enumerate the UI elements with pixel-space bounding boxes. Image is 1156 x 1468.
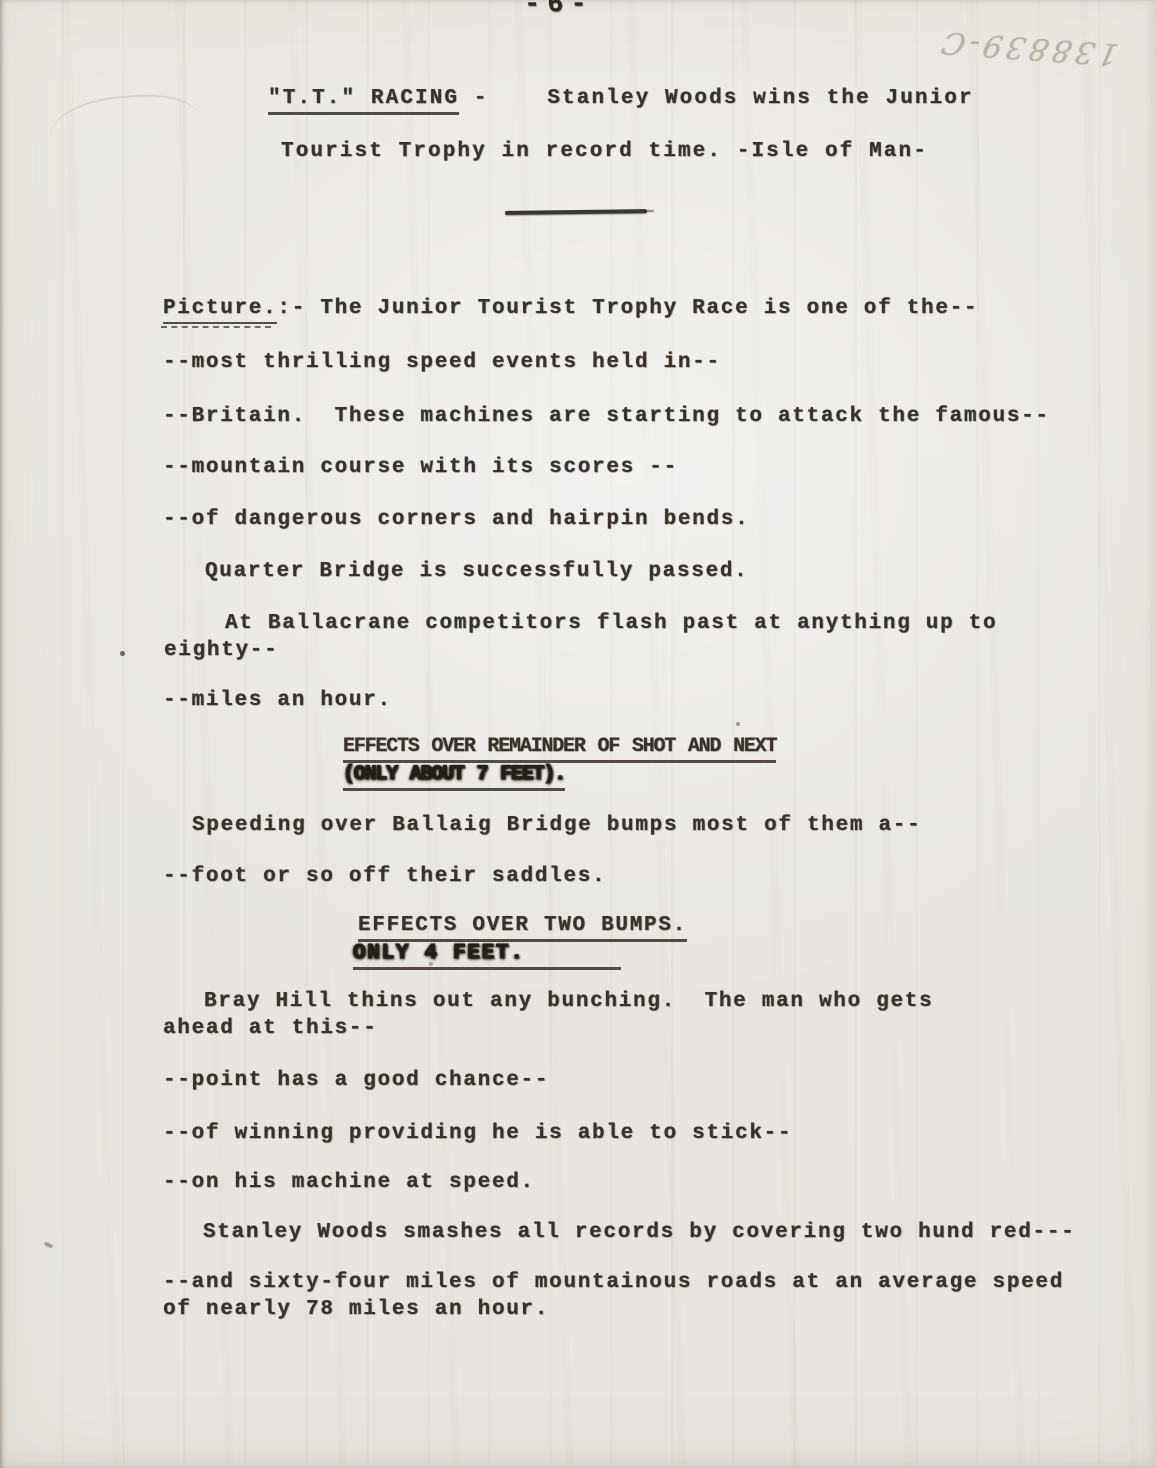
paper-speck xyxy=(429,962,433,966)
paper-crease xyxy=(47,91,200,143)
script-line-picture: Picture.:- The Junior Tourist Trophy Rac… xyxy=(163,298,978,319)
script-line-hairpin-bends: --of dangerous corners and hairpin bends… xyxy=(163,509,749,530)
picture-text: :- The Junior Tourist Trophy Race is one… xyxy=(277,297,978,320)
script-line-machine-speed: --on his machine at speed. xyxy=(163,1172,535,1193)
script-line-britain: --Britain. These machines are starting t… xyxy=(163,406,1050,427)
page-number: -6- xyxy=(524,0,594,20)
script-line-mountain-course: --mountain course with its scores -- xyxy=(163,457,678,478)
script-line-sixty-four-2: of nearly 78 miles an hour. xyxy=(163,1299,549,1320)
script-line-stanley-records: Stanley Woods smashes all records by cov… xyxy=(203,1222,1075,1243)
title-line-2: Tourist Trophy in record time. -Isle of … xyxy=(281,141,928,162)
effects-note-1-line-1: EFFECTS OVER REMAINDER OF SHOT AND NEXT xyxy=(343,737,776,757)
script-line-most-thrilling: --most thrilling speed events held in-- xyxy=(163,352,721,373)
effects-note-2-line-2-text: ONLY 4 FEET. xyxy=(353,942,621,970)
script-line-bray-hill-2: ahead at this-- xyxy=(163,1018,378,1039)
script-line-sixty-four-1: --and sixty-four miles of mountainous ro… xyxy=(163,1272,1064,1293)
typewritten-script-page: -6- 138839-C "T.T." RACING - Stanley Woo… xyxy=(0,0,1156,1468)
script-line-quarter-bridge: Quarter Bridge is successfully passed. xyxy=(205,561,748,582)
paper-speck xyxy=(120,651,125,656)
effects-note-2-line-1: EFFECTS OVER TWO BUMPS. xyxy=(358,915,687,936)
divider-line xyxy=(505,209,647,215)
effects-note-1-line-1-text: EFFECTS OVER REMAINDER OF SHOT AND NEXT xyxy=(343,735,776,763)
script-line-bray-hill-1: Bray Hill thins out any bunching. The ma… xyxy=(204,991,933,1012)
script-line-ballacrane-2: eighty-- xyxy=(164,640,278,661)
effects-note-2-line-1-text: EFFECTS OVER TWO BUMPS. xyxy=(358,914,687,942)
script-line-speeding: Speeding over Ballaig Bridge bumps most … xyxy=(192,815,921,836)
effects-note-1-line-2-text: (ONLY ABOUT 7 FEET). xyxy=(343,763,565,791)
script-line-winning: --of winning providing he is able to sti… xyxy=(163,1123,792,1144)
handwritten-reference-number: 138839-C xyxy=(925,24,1122,72)
title-subject: "T.T." RACING xyxy=(268,87,459,115)
title-line-1-rest: - Stanley Woods wins the Junior xyxy=(459,87,974,110)
paper-speck xyxy=(44,1241,54,1248)
title-line-1: "T.T." RACING - Stanley Woods wins the J… xyxy=(268,88,974,109)
picture-label: Picture. xyxy=(163,297,277,324)
effects-note-1-line-2: (ONLY ABOUT 7 FEET). xyxy=(343,765,565,785)
script-line-miles-an-hour: --miles an hour. xyxy=(163,690,392,711)
paper-speck xyxy=(736,722,740,726)
effects-note-2-line-2: ONLY 4 FEET. xyxy=(353,943,621,964)
script-line-ballacrane-1: At Ballacrane competitors flash past at … xyxy=(225,613,997,634)
script-line-foot-saddles: --foot or so off their saddles. xyxy=(163,866,606,887)
script-line-good-chance: --point has a good chance-- xyxy=(163,1070,549,1091)
